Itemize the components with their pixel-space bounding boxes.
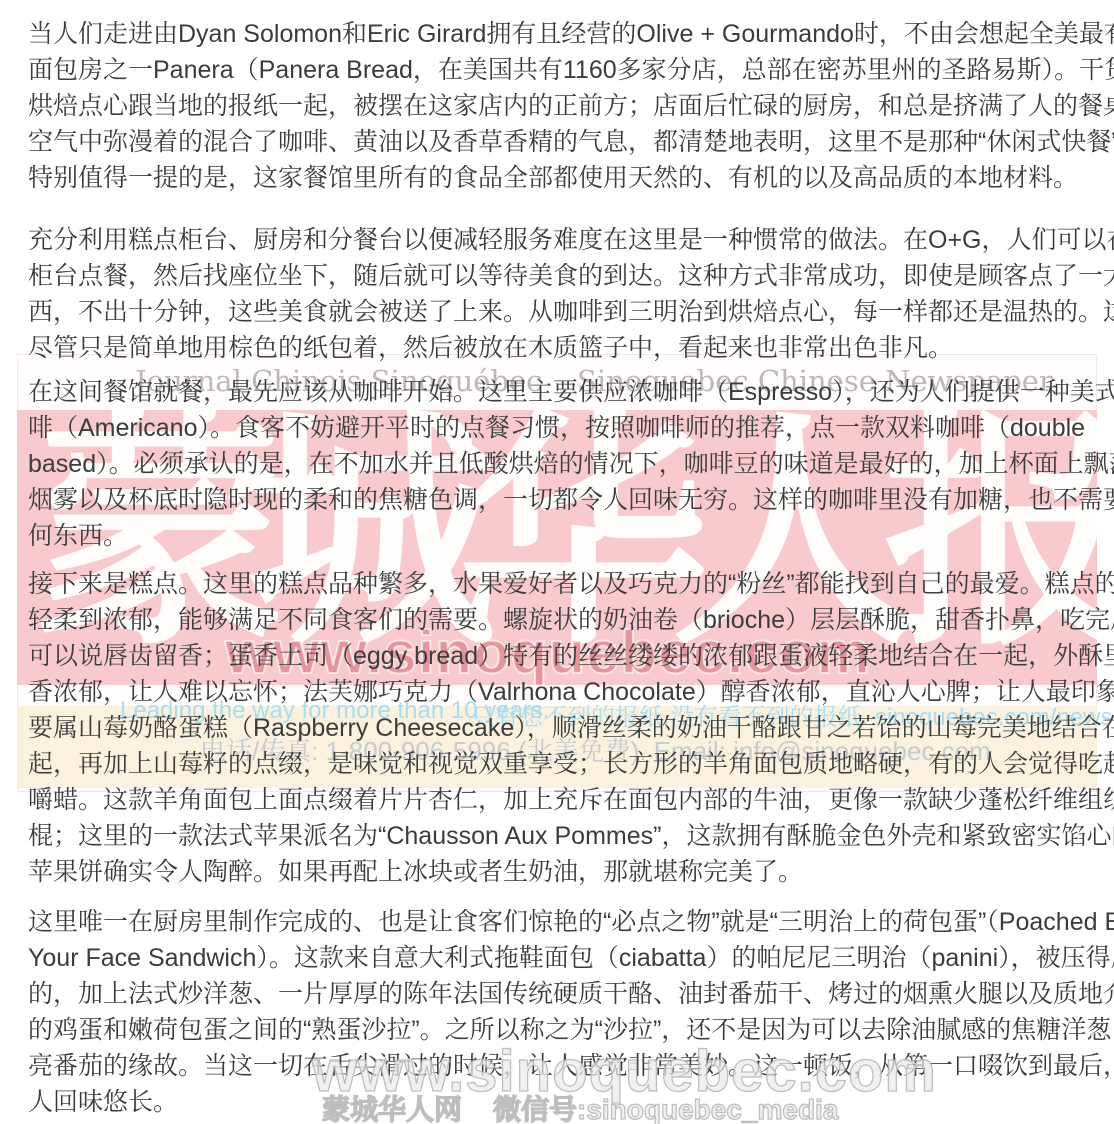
paragraph-pastries: 接下来是糕点。这里的糕点品种繁多，水果爱好者以及巧克力的“粉丝”都能找到自己的最… [28,566,1092,890]
bottom-site-watermark: 蒙城华人网 [322,1088,462,1124]
bottom-wechat-watermark: 微信号:sinoquebec_media [493,1088,838,1124]
article-page: { "article": { "paragraphs": [ {"text": … [0,0,1114,1124]
paragraph-service: 充分利用糕点柜台、厨房和分餐台以便减轻服务难度在这里是一种惯常的做法。在O+G，… [28,222,1092,366]
paragraph-coffee: 在这间餐馆就餐，最先应该从咖啡开始。这里主要供应浓咖啡（Espresso），还为… [28,374,1092,554]
paragraph-intro: 当人们走进由Dyan Solomon和Eric Girard拥有且经营的Oliv… [28,16,1092,196]
